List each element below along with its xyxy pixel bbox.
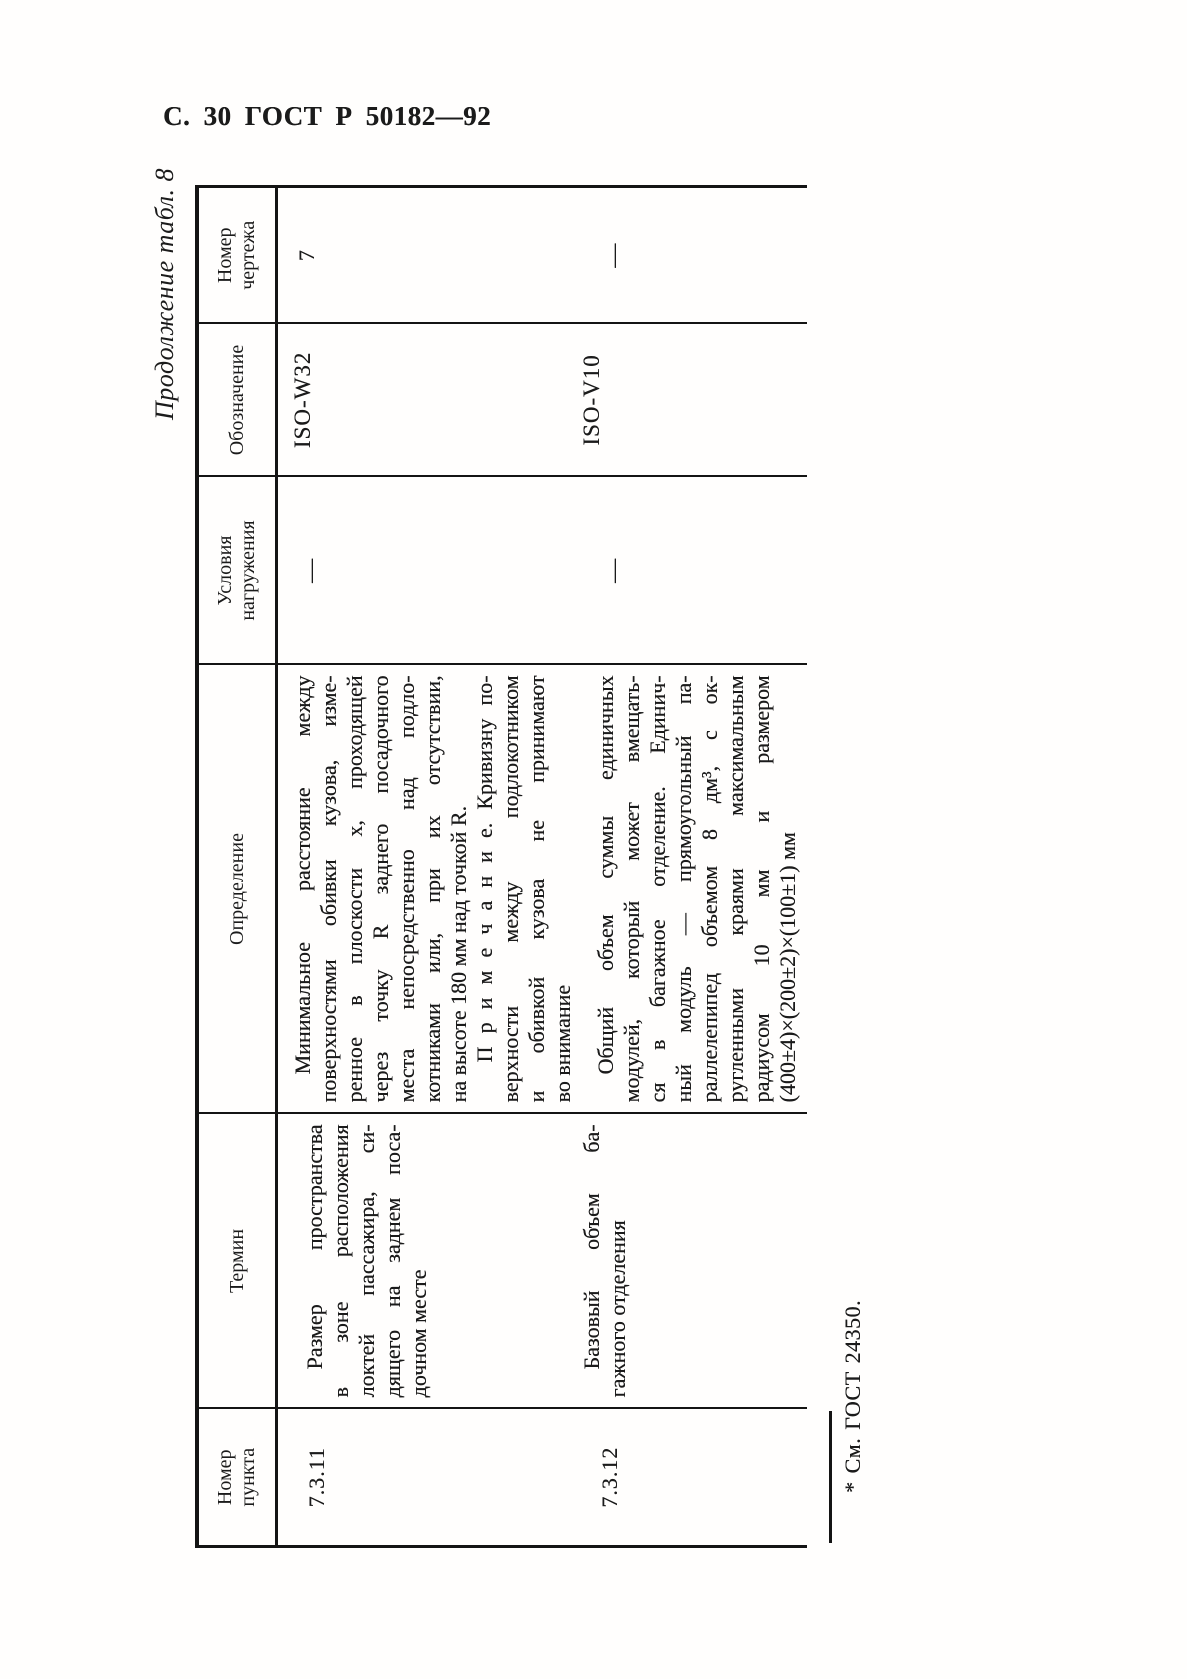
cell-designation: ISO-W32 (277, 324, 577, 477)
cell-item-number: 7.3.11 (277, 1409, 577, 1547)
footnote: * См. ГОСТ 24350. (840, 1300, 866, 1493)
column-header-designation: Обозначение (197, 324, 277, 477)
table-header-row: Номер пункта Термин Определение Условия … (197, 187, 277, 1547)
term-text: Размер пространствав зоне расположенияло… (302, 1125, 432, 1398)
column-header-term: Термин (197, 1114, 277, 1409)
table-row: 7.3.11 Размер пространствав зоне располо… (277, 187, 577, 1547)
rotated-table-area: Продолжение табл. 8 Номер пункта Термин … (150, 168, 890, 1548)
table-row: 7.3.12 Базовый объем ба-гажного отделени… (577, 187, 807, 1547)
table-caption: Продолжение табл. 8 (150, 168, 180, 1548)
cell-item-number: 7.3.12 (577, 1409, 807, 1547)
cell-definition: Общий объем суммы единичныхмодулей, кото… (577, 665, 807, 1114)
cell-term: Размер пространствав зоне расположенияло… (277, 1114, 577, 1409)
running-header: С. 30 ГОСТ Р 50182—92 (163, 101, 491, 132)
cell-load-conditions: — (577, 477, 807, 665)
cell-drawing-number: 7 (277, 187, 577, 324)
cell-designation: ISO-V10 (577, 324, 807, 477)
column-header-load-conditions: Условия нагружения (197, 477, 277, 665)
cell-definition: Минимальное расстояние междуповерхностям… (277, 665, 577, 1114)
column-header-drawing-number: Номер чертежа (197, 187, 277, 324)
definition-text: Минимальное расстояние междуповерхностям… (290, 676, 576, 1103)
footnote-divider (829, 1411, 832, 1543)
cell-term: Базовый объем ба-гажного отделения (577, 1114, 807, 1409)
scanned-page: С. 30 ГОСТ Р 50182—92 Продолжение табл. … (0, 0, 1187, 1679)
definition-text: Общий объем суммы единичныхмодулей, кото… (593, 676, 801, 1103)
term-text: Базовый объем ба-гажного отделения (579, 1125, 631, 1398)
cell-load-conditions: — (277, 477, 577, 665)
cell-drawing-number: — (577, 187, 807, 324)
column-header-definition: Определение (197, 665, 277, 1114)
column-header-item-number: Номер пункта (197, 1409, 277, 1547)
terms-table: Номер пункта Термин Определение Условия … (195, 185, 807, 1548)
